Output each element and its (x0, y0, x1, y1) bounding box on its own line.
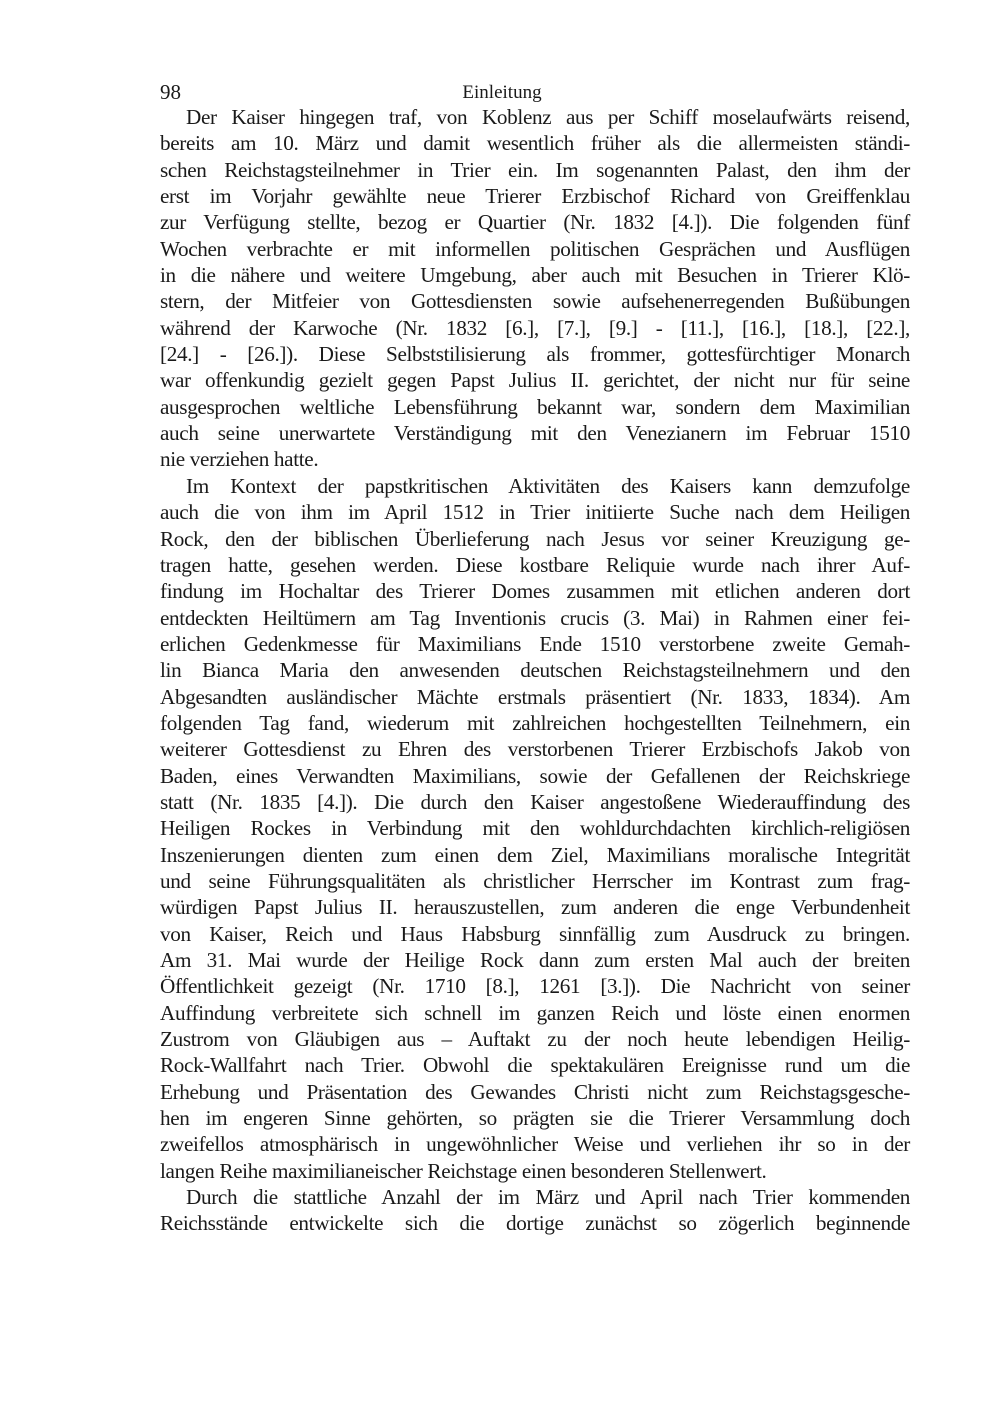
text-line: stern, der Mitfeier von Gottesdiensten s… (160, 288, 910, 314)
text-line: Auffindung verbreitete sich schnell im g… (160, 1000, 910, 1026)
text-line: Wochen verbrachte er mit informellen pol… (160, 236, 910, 262)
text-line: Im Kontext der papstkritischen Aktivität… (160, 473, 910, 499)
text-line: lin Bianca Maria den anwesenden deutsche… (160, 657, 910, 683)
text-line: Am 31. Mai wurde der Heilige Rock dann z… (160, 947, 910, 973)
text-line: tragen hatte, gesehen werden. Diese kost… (160, 552, 910, 578)
text-line: Der Kaiser hingegen traf, von Koblenz au… (160, 104, 910, 130)
text-line: zweifellos atmosphärisch in ungewöhnlich… (160, 1131, 910, 1157)
text-line: Durch die stattliche Anzahl der im März … (160, 1184, 910, 1210)
text-line: statt (Nr. 1835 [4.]). Die durch den Kai… (160, 789, 910, 815)
body-text: Der Kaiser hingegen traf, von Koblenz au… (160, 104, 910, 1237)
text-line: auch seine unerwartete Verständigung mit… (160, 420, 910, 446)
text-line: Abgesandten ausländischer Mächte erstmal… (160, 684, 910, 710)
text-line: während der Karwoche (Nr. 1832 [6.], [7.… (160, 315, 910, 341)
text-line: würdigen Papst Julius II. herauszustelle… (160, 894, 910, 920)
running-head: Einleitung (0, 82, 1004, 104)
text-line: Rock, den der biblischen Überlieferung n… (160, 526, 910, 552)
text-line: auch die von ihm im April 1512 in Trier … (160, 499, 910, 525)
text-line: und seine Führungsqualitäten als christl… (160, 868, 910, 894)
paragraph: Durch die stattliche Anzahl der im März … (160, 1184, 910, 1237)
text-line: erst im Vorjahr gewählte neue Trierer Er… (160, 183, 910, 209)
text-line: weiterer Gottesdienst zu Ehren des verst… (160, 736, 910, 762)
text-line: war offenkundig gezielt gegen Papst Juli… (160, 367, 910, 393)
text-line: Reichsstände entwickelte sich die dortig… (160, 1210, 910, 1236)
text-line: langen Reihe maximilianeischer Reichstag… (160, 1158, 910, 1184)
text-line: folgenden Tag fand, wiederum mit zahlrei… (160, 710, 910, 736)
text-line: ausgesprochen weltliche Lebensführung be… (160, 394, 910, 420)
text-line: Inszenierungen dienten zum einen dem Zie… (160, 842, 910, 868)
text-line: findung im Hochaltar des Trierer Domes z… (160, 578, 910, 604)
text-line: Baden, eines Verwandten Maximilians, sow… (160, 763, 910, 789)
text-line: Öffentlichkeit gezeigt (Nr. 1710 [8.], 1… (160, 973, 910, 999)
paragraph: Im Kontext der papstkritischen Aktivität… (160, 473, 910, 1184)
text-line: hen im engeren Sinne gehörten, so prägte… (160, 1105, 910, 1131)
text-line: zur Verfügung stellte, bezog er Quartier… (160, 209, 910, 235)
paragraph: Der Kaiser hingegen traf, von Koblenz au… (160, 104, 910, 473)
text-line: Erhebung und Präsentation des Gewandes C… (160, 1079, 910, 1105)
text-line: schen Reichstagsteilnehmer in Trier ein.… (160, 157, 910, 183)
text-line: Zustrom von Gläubigen aus – Auftakt zu d… (160, 1026, 910, 1052)
text-line: in die nähere und weitere Umgebung, aber… (160, 262, 910, 288)
text-line: Rock-Wallfahrt nach Trier. Obwohl die sp… (160, 1052, 910, 1078)
text-line: Heiligen Rockes in Verbindung mit den wo… (160, 815, 910, 841)
text-line: erlichen Gedenkmesse für Maximilians End… (160, 631, 910, 657)
text-line: [24.] - [26.]). Diese Selbststilisierung… (160, 341, 910, 367)
text-line: von Kaiser, Reich und Haus Habsburg sinn… (160, 921, 910, 947)
text-line: nie verziehen hatte. (160, 446, 910, 472)
text-line: entdeckten Heiltümern am Tag Inventionis… (160, 605, 910, 631)
text-line: bereits am 10. März und damit wesentlich… (160, 130, 910, 156)
